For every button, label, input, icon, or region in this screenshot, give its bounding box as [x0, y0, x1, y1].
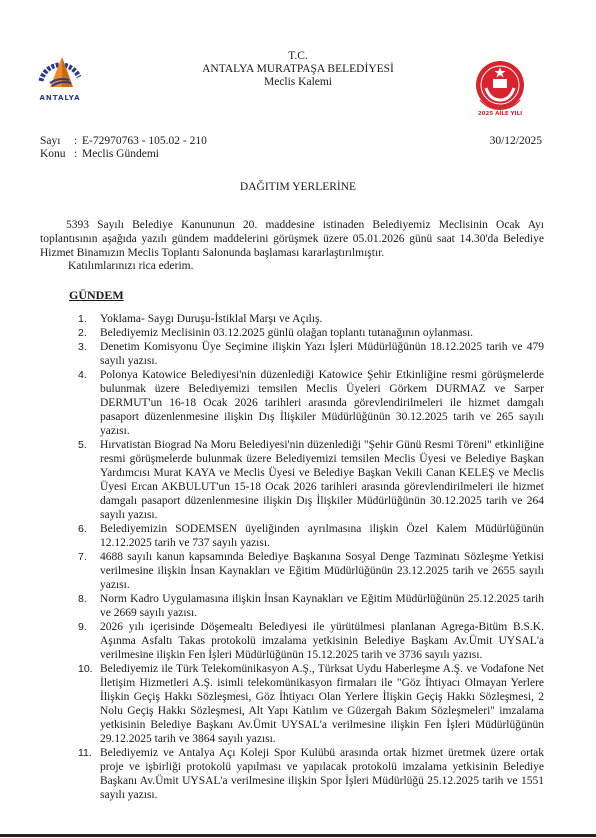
sayi-row: Sayı : E-72970763 - 105.02 - 210: [40, 135, 207, 148]
konu-label: Konu: [40, 148, 74, 161]
distribution-heading: DAĞITIM YERLERİNE: [0, 181, 596, 193]
agenda-item-number: 11.: [78, 746, 100, 802]
agenda-item: 1.Yoklama- Saygı Duruşu-İstiklal Marşı v…: [78, 312, 544, 326]
agenda-item: 2.Belediyemiz Meclisinin 03.12.2025 günl…: [78, 326, 544, 340]
header-tc: T.C.: [0, 50, 596, 63]
intro-paragraph: 5393 Sayılı Belediye Kanununun 20. madde…: [40, 218, 544, 260]
agenda-item-number: 4.: [78, 368, 100, 438]
agenda-item-text: Polonya Katowice Belediyesi'nin düzenled…: [100, 368, 544, 438]
document-page: ANTALYA 2025 AİLE YILI T.C. ANTALYA MURA…: [0, 0, 596, 838]
agenda-item-text: 4688 sayılı kanun kapsamında Belediye Ba…: [100, 550, 544, 592]
sayi-label: Sayı: [40, 135, 74, 148]
bottom-divider: [0, 834, 596, 837]
agenda-item: 11.Belediyemiz ve Antalya Açı Koleji Spo…: [78, 746, 544, 802]
document-date: 30/12/2025: [490, 135, 542, 147]
agenda-item: 5.Hırvatistan Biograd Na Moru Belediyesi…: [78, 438, 544, 522]
agenda-item: 10.Belediyemiz ile Türk Telekomünikasyon…: [78, 662, 544, 746]
agenda-item-text: Hırvatistan Biograd Na Moru Belediyesi'n…: [100, 438, 544, 522]
header-institution: ANTALYA MURATPAŞA BELEDİYESİ: [0, 63, 596, 76]
agenda-item-number: 1.: [78, 312, 100, 326]
agenda-item-number: 3.: [78, 340, 100, 368]
sayi-value: E-72970763 - 105.02 - 210: [82, 135, 207, 148]
agenda-item-text: 2026 yılı içerisinde Döşemealtı Belediye…: [100, 620, 544, 662]
agenda-list: 1.Yoklama- Saygı Duruşu-İstiklal Marşı v…: [78, 312, 544, 802]
agenda-item: 8.Norm Kadro Uygulamasına ilişkin İnsan …: [78, 592, 544, 620]
agenda-item-number: 7.: [78, 550, 100, 592]
agenda-item-number: 5.: [78, 438, 100, 522]
konu-value: Meclis Gündemi: [82, 148, 159, 161]
header-department: Meclis Kalemi: [0, 76, 596, 89]
agenda-item: 3.Denetim Komisyonu Üye Seçimine ilişkin…: [78, 340, 544, 368]
document-meta: Sayı : E-72970763 - 105.02 - 210 Konu : …: [40, 135, 207, 161]
agenda-item-text: Belediyemiz Meclisinin 03.12.2025 günlü …: [100, 326, 544, 340]
agenda-item-number: 9.: [78, 620, 100, 662]
agenda-item-number: 10.: [78, 662, 100, 746]
request-line: Katılımlarınızı rica ederim.: [68, 260, 194, 272]
document-header: T.C. ANTALYA MURATPAŞA BELEDİYESİ Meclis…: [0, 50, 596, 89]
agenda-item-text: Belediyemiz ile Türk Telekomünikasyon A.…: [100, 662, 544, 746]
agenda-item-text: Belediyemiz ve Antalya Açı Koleji Spor K…: [100, 746, 544, 802]
agenda-item-text: Belediyemizin SODEMSEN üyeliğinden ayrıl…: [100, 522, 544, 550]
agenda-item: 7.4688 sayılı kanun kapsamında Belediye …: [78, 550, 544, 592]
konu-row: Konu : Meclis Gündemi: [40, 148, 207, 161]
agenda-title: GÜNDEM: [69, 288, 124, 303]
agenda-item: 6.Belediyemizin SODEMSEN üyeliğinden ayr…: [78, 522, 544, 550]
svg-text:ANTALYA: ANTALYA: [39, 94, 80, 102]
agenda-item-number: 8.: [78, 592, 100, 620]
agenda-item-number: 2.: [78, 326, 100, 340]
agenda-item-text: Yoklama- Saygı Duruşu-İstiklal Marşı ve …: [100, 312, 544, 326]
agenda-item: 9.2026 yılı içerisinde Döşemealtı Beledi…: [78, 620, 544, 662]
agenda-item-number: 6.: [78, 522, 100, 550]
svg-text:2025 AİLE YILI: 2025 AİLE YILI: [478, 110, 522, 117]
agenda-item-text: Denetim Komisyonu Üye Seçimine ilişkin Y…: [100, 340, 544, 368]
agenda-item: 4.Polonya Katowice Belediyesi'nin düzenl…: [78, 368, 544, 438]
agenda-item-text: Norm Kadro Uygulamasına ilişkin İnsan Ka…: [100, 592, 544, 620]
